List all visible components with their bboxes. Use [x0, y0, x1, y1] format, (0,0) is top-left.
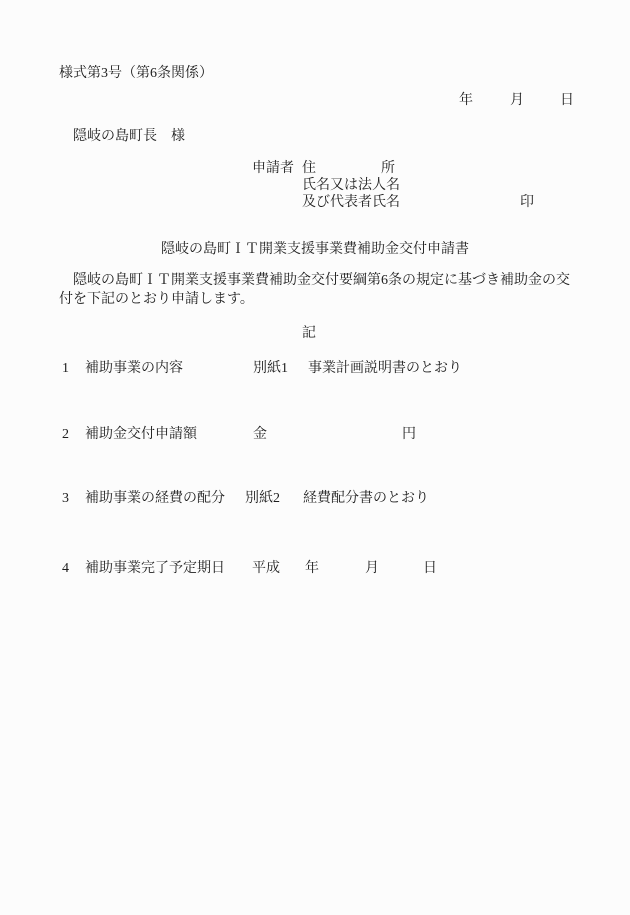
item-label: 補助事業の内容 [85, 361, 183, 376]
era-label: 平成 [252, 561, 280, 576]
item-number: 2 [62, 427, 69, 442]
seal-mark: 印 [520, 195, 534, 210]
document-title: 隠岐の島町ＩＴ開業支援事業費補助金交付申請書 [0, 242, 630, 257]
addressee: 隠岐の島町長 様 [73, 129, 185, 144]
item-label: 補助事業完了予定期日 [85, 561, 225, 576]
body-paragraph: 隠岐の島町ＩＴ開業支援事業費補助金交付要綱第6条の規定に基づき補助金の交付を下記… [59, 272, 575, 309]
date-month-label: 月 [510, 93, 524, 108]
address-left-label: 住 [302, 161, 316, 176]
applicant-address-line: 住 所 [302, 161, 395, 176]
item-number: 3 [62, 491, 69, 506]
address-right-label: 所 [381, 161, 395, 176]
day-label: 日 [423, 561, 437, 576]
record-heading: 記 [302, 326, 316, 341]
item-row-2: 2 補助金交付申請額 金 円 [0, 427, 630, 443]
amount-prefix-label: 金 [253, 427, 267, 442]
item-row-4: 4 補助事業完了予定期日 平成 年 月 日 [0, 561, 630, 577]
amount-suffix-label: 円 [402, 427, 416, 442]
item-label: 補助事業の経費の配分 [85, 491, 225, 506]
item-row-1: 1 補助事業の内容 別紙1 事業計画説明書のとおり [0, 361, 630, 377]
year-label: 年 [305, 561, 319, 576]
item-number: 4 [62, 561, 69, 576]
item-attachment-ref: 別紙2 [245, 491, 280, 506]
item-label: 補助金交付申請額 [85, 427, 197, 442]
applicant-representative-line: 及び代表者氏名 [302, 195, 400, 210]
date-day-label: 日 [560, 93, 574, 108]
item-attachment-ref: 別紙1 [253, 361, 288, 376]
applicant-name-line: 氏名又は法人名 [302, 178, 400, 193]
item-detail: 事業計画説明書のとおり [308, 361, 462, 376]
month-label: 月 [365, 561, 379, 576]
applicant-label: 申請者 [252, 161, 294, 176]
item-number: 1 [62, 361, 69, 376]
item-row-3: 3 補助事業の経費の配分 別紙2 経費配分書のとおり [0, 491, 630, 507]
document-page: 様式第3号（第6条関係） 年 月 日 隠岐の島町長 様 申請者 住 所 氏名又は… [0, 0, 630, 915]
form-number: 様式第3号（第6条関係） [59, 66, 213, 81]
item-detail: 経費配分書のとおり [303, 491, 429, 506]
date-year-label: 年 [459, 93, 473, 108]
